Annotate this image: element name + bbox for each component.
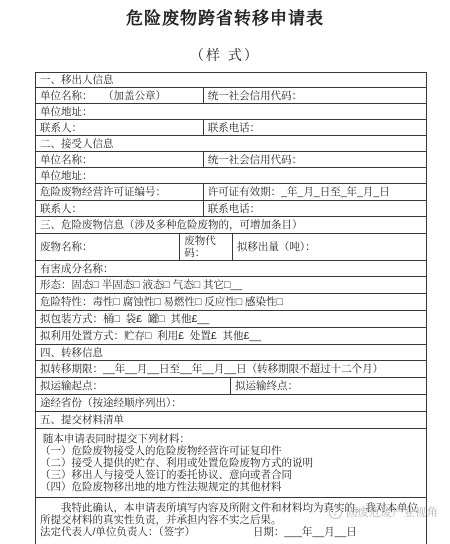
form-table: 一、移出人信息单位名称： （加盖公章）统一社会信用代码：单位地址：联系人：联系电… — [35, 72, 427, 544]
form-cell: 途经省份（按途经顺序列出）： — [36, 395, 426, 411]
form-row: 拟包装方式：桶□ 袋£ 罐□ 其他£__ — [36, 310, 426, 327]
form-cell: 一、移出人信息 — [36, 73, 426, 87]
form-cell: 许可证有效期：_年_月_日至_年_月_日 — [204, 184, 426, 200]
section-header-row: 一、移出人信息 — [36, 73, 426, 87]
form-row: 单位地址： — [36, 103, 426, 119]
form-row: 途经省份（按途经顺序列出）： — [36, 394, 426, 411]
page-title: 危险废物跨省转移申请表 — [0, 0, 450, 29]
form-row: 拟转移期限：__年__月__日至__年__月__日（转移期限不超过十二个月） — [36, 360, 426, 377]
form-cell: 二、接受人信息 — [36, 136, 426, 151]
form-cell: 五、提交材料清单 — [36, 412, 426, 428]
form-text-line: （一）危险废物接受人的危险废物经营许可证复印件 — [40, 446, 422, 458]
form-cell: 联系人： — [36, 120, 204, 135]
form-cell: 拟运输起点： — [36, 378, 231, 394]
watermark-text: 固废危废产业视角 — [346, 504, 438, 520]
form-cell: 危险废物经营许可证编号： — [36, 184, 204, 200]
section-header-row: 五、提交材料清单 — [36, 411, 426, 428]
form-cell: 单位地址： — [36, 168, 426, 183]
form-cell: 三、危险废物信息（涉及多种危险废物的，可增加条目） — [36, 217, 426, 233]
form-text-line: （三）移出人与接受人签订的委托协议、意向或者合同 — [40, 470, 422, 482]
form-cell: 有害成分名称： — [36, 261, 426, 276]
form-cell: 危险特性：毒性□ 腐蚀性□ 易燃性□ 反应性□ 感染性□ — [36, 294, 426, 310]
section-header-row: 四、转移信息 — [36, 344, 426, 360]
form-text-line: （二）接受人提供的贮存、利用或处置危险废物方式的说明 — [40, 458, 422, 470]
form-cell: 单位名称： — [36, 152, 204, 167]
form-row: 单位地址： — [36, 167, 426, 183]
form-cell: 单位地址： — [36, 104, 426, 119]
form-cell: 四、转移信息 — [36, 345, 426, 360]
form-row: 联系人：联系电话： — [36, 119, 426, 135]
form-cell: 拟包装方式：桶□ 袋£ 罐□ 其他£__ — [36, 311, 426, 327]
section-header-row: 三、危险废物信息（涉及多种危险废物的，可增加条目） — [36, 216, 426, 233]
watermark: 固废危废产业视角 — [329, 504, 438, 520]
form-text-line: 随本申请表同时提交下列材料： — [40, 434, 422, 446]
form-text-line: 法定代表人/单位负责人：（签字） 日期：___年__月__日 — [40, 527, 422, 539]
form-row: 废物名称：废物代码：拟移出量（吨）： — [36, 233, 426, 260]
form-row: 危险废物经营许可证编号：许可证有效期：_年_月_日至_年_月_日 — [36, 183, 426, 200]
form-cell: 统一社会信用代码： — [204, 152, 426, 167]
form-row: 随本申请表同时提交下列材料：（一）危险废物接受人的危险废物经营许可证复印件（二）… — [36, 428, 426, 497]
form-cell: 单位名称： （加盖公章） — [36, 88, 204, 103]
form-row: 单位名称： （加盖公章）统一社会信用代码： — [36, 87, 426, 103]
form-row: 联系人：联系电话： — [36, 200, 426, 216]
form-row: 形态：固态□ 半固态□ 液态□ 气态□ 其它□__ — [36, 276, 426, 293]
form-cell: 统一社会信用代码： — [204, 88, 426, 103]
form-cell: 拟运输终点： — [231, 378, 426, 394]
form-cell: 废物名称： — [36, 234, 180, 260]
form-row: 单位名称：统一社会信用代码： — [36, 151, 426, 167]
form-text-line: （四）危险废物移出地的地方性法规规定的其他材料 — [40, 482, 422, 494]
form-cell: 拟移出量（吨）： — [233, 234, 426, 260]
form-row: 有害成分名称： — [36, 260, 426, 276]
watermark-logo-icon — [329, 506, 342, 519]
form-cell: 联系电话： — [204, 201, 426, 216]
section-header-row: 二、接受人信息 — [36, 135, 426, 151]
form-cell: 联系电话： — [204, 120, 426, 135]
form-cell: 拟利用处置方式：贮存□ 利用£ 处置£ 其他£__ — [36, 328, 426, 344]
form-cell: 随本申请表同时提交下列材料：（一）危险废物接受人的危险废物经营许可证复印件（二）… — [36, 429, 426, 497]
form-cell: 联系人： — [36, 201, 204, 216]
form-row: 拟运输起点：拟运输终点： — [36, 377, 426, 394]
form-cell: 形态：固态□ 半固态□ 液态□ 气态□ 其它□__ — [36, 277, 426, 293]
page-subtitle: （样 式） — [0, 47, 450, 63]
form-cell: 拟转移期限：__年__月__日至__年__月__日（转移期限不超过十二个月） — [36, 361, 426, 377]
form-row: 危险特性：毒性□ 腐蚀性□ 易燃性□ 反应性□ 感染性□ — [36, 293, 426, 310]
form-cell: 废物代码： — [180, 234, 233, 260]
form-row: 拟利用处置方式：贮存□ 利用£ 处置£ 其他£__ — [36, 327, 426, 344]
